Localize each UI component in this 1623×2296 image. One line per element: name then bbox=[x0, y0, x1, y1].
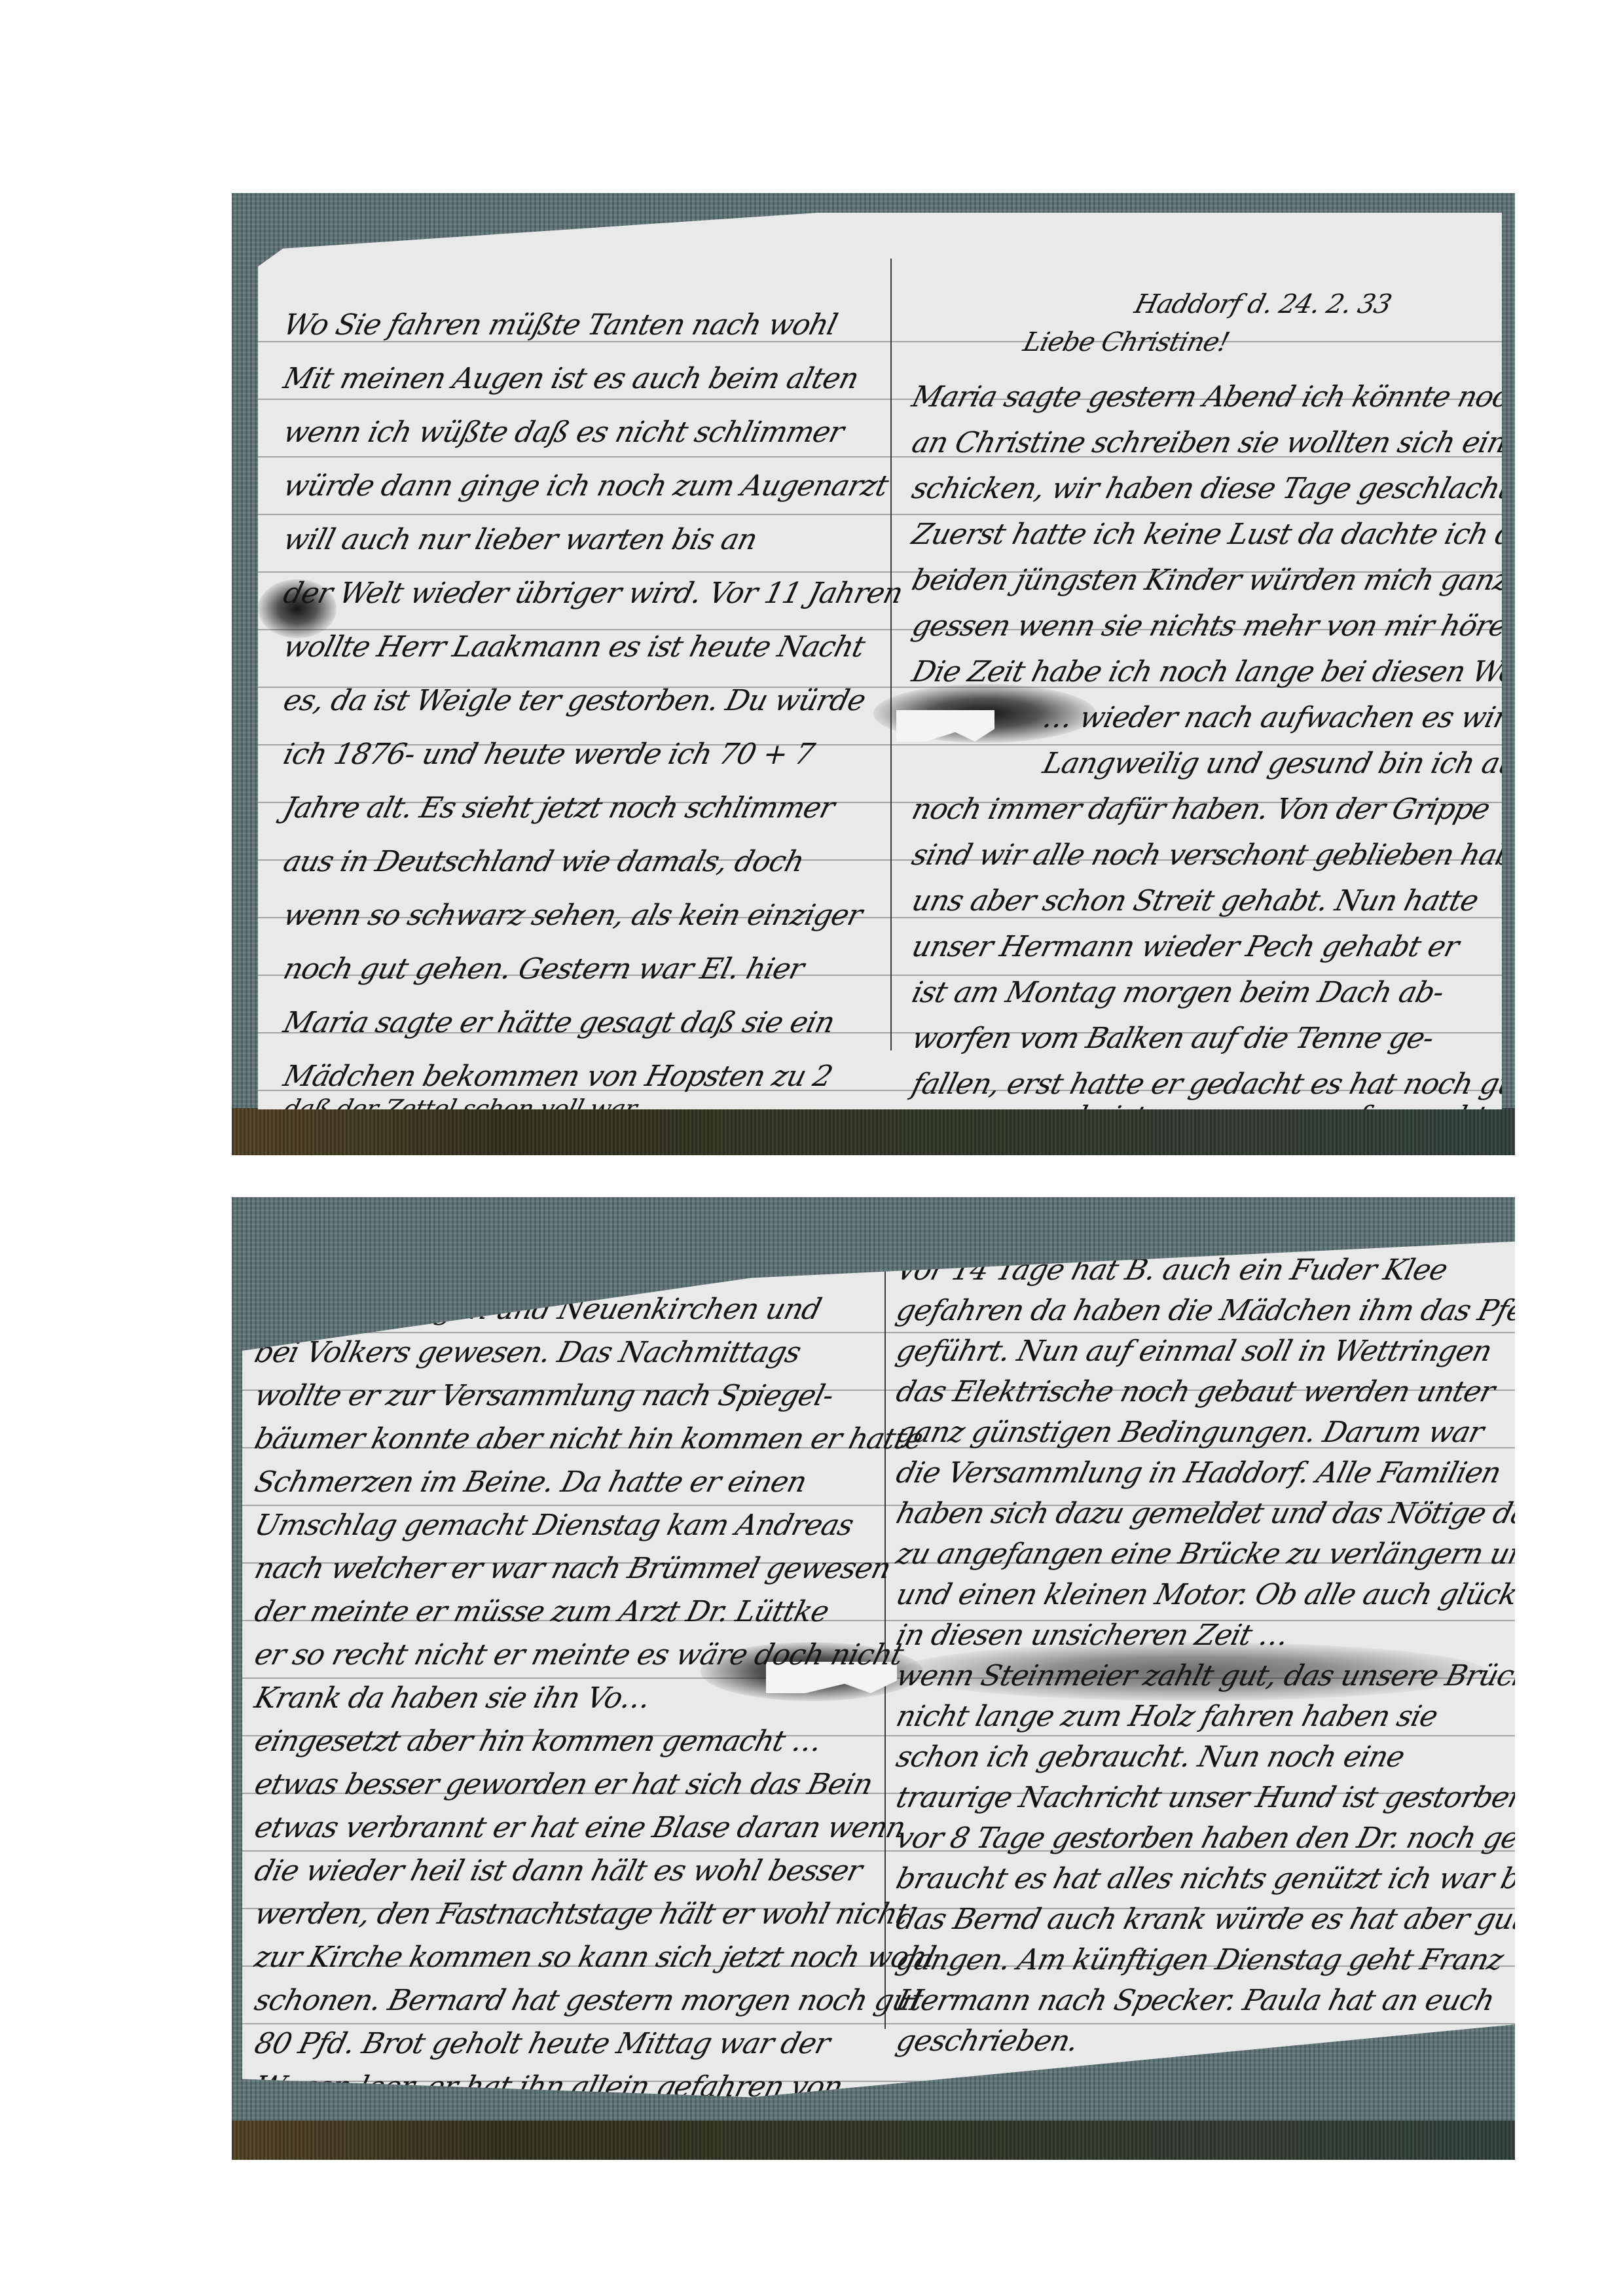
text-line: würde dann ginge ich noch zum Augenarzt bbox=[281, 472, 891, 501]
text-line: Maria sagte er hätte gesagt daß sie ein bbox=[281, 1009, 837, 1037]
text-line: Hermann nach Specker. Paula hat an euch bbox=[894, 1986, 1497, 2015]
text-line: bäumer konnte aber nicht hin kommen er h… bbox=[252, 1425, 926, 1454]
text-line: noch gut gehen. Gestern war El. hier bbox=[281, 955, 807, 984]
text-line: geschrieben. bbox=[894, 2027, 1081, 2056]
salutation: Liebe Christine! bbox=[1021, 329, 1231, 355]
text-line: Wagen leer, er hat ihn allein gefahren v… bbox=[252, 2073, 845, 2102]
letter-photo-1: Wo Sie fahren müßte Tanten nach wohl Mit… bbox=[232, 193, 1515, 1155]
text-line: werden, den Fastnachtstage hält er wohl … bbox=[252, 1900, 911, 1929]
text-line: eingesetzt aber hin kommen gemacht … bbox=[252, 1727, 825, 1756]
text-line: schonen. Bernard hat gestern morgen noch… bbox=[252, 1986, 926, 2015]
text-line: der Welt wieder übriger wird. Vor 11 Jah… bbox=[281, 579, 905, 608]
text-line: wenn Steinmeier zahlt gut, das unsere Br… bbox=[894, 1662, 1515, 1691]
text-line: er so recht nicht er meinte es wäre doch… bbox=[252, 1641, 906, 1670]
text-line: schicken, wir haben diese Tage geschlach… bbox=[909, 475, 1515, 503]
text-line: Vor 14 Tage hat B. auch ein Fuder Klee bbox=[894, 1256, 1450, 1285]
text-line: in diesen unsicheren Zeit … bbox=[894, 1621, 1292, 1650]
text-line: nach Wettringen und Neuenkirchen und bbox=[252, 1295, 824, 1324]
text-line: Mit meinen Augen ist es auch beim alten bbox=[281, 365, 862, 393]
text-line: haben sich dazu gemeldet und das Nötige … bbox=[894, 1499, 1515, 1528]
text-line: die Versammlung in Haddorf. Alle Familie… bbox=[894, 1459, 1504, 1488]
text-line: worfen vom Balken auf die Tenne ge- bbox=[909, 1024, 1436, 1053]
text-line: fallen, erst hatte er gedacht es hat noc… bbox=[909, 1070, 1515, 1099]
text-line: etwas verbrannt er hat eine Blase daran … bbox=[252, 1814, 908, 1842]
text-line: an Christine schreiben sie wollten sich … bbox=[909, 429, 1515, 457]
text-line: gessen wenn sie nichts mehr von mir höre… bbox=[909, 612, 1515, 641]
text-line: Langweilig und gesund bin ich auch bbox=[1040, 749, 1515, 778]
letter-sheet: nach Wettringen und Neuenkirchen und bei… bbox=[242, 1223, 1515, 2134]
text-line: das Elektrische noch gebaut werden unter bbox=[894, 1378, 1497, 1407]
fabric-background bbox=[232, 2121, 1515, 2160]
letter-photo-2: nach Wettringen und Neuenkirchen und bei… bbox=[232, 1197, 1515, 2160]
text-line: wenn ich wüßte daß es nicht schlimmer bbox=[281, 418, 847, 447]
text-line: wollte Herr Laakmann es ist heute Nacht bbox=[281, 633, 867, 662]
text-line: etwas besser geworden er hat sich das Be… bbox=[252, 1770, 875, 1799]
text-line: zur Kirche kommen so kann sich jetzt noc… bbox=[252, 1943, 938, 1972]
text-line: Krank da haben sie ihn Vo… bbox=[252, 1684, 653, 1713]
text-line: das Bernd auch krank würde es hat aber g… bbox=[894, 1905, 1515, 1934]
text-line: Umschlag gemacht Dienstag kam Andreas bbox=[252, 1511, 856, 1540]
text-line: Die Zeit habe ich noch lange bei diesen … bbox=[909, 658, 1515, 687]
text-line: die wieder heil ist dann hält es wohl be… bbox=[252, 1857, 865, 1886]
text-line: will auch nur lieber warten bis an bbox=[281, 526, 760, 554]
text-line: uns aber schon Streit gehabt. Nun hatte bbox=[909, 887, 1481, 916]
text-line: nach welcher er war nach Brümmel gewesen bbox=[252, 1554, 894, 1583]
text-line: geführt. Nun auf einmal soll in Wettring… bbox=[894, 1337, 1495, 1366]
text-line: gangen. Am künftigen Dienstag geht Franz bbox=[894, 1946, 1506, 1975]
text-line: wollte er zur Versammlung nach Spiegel- bbox=[252, 1382, 837, 1410]
fabric-background bbox=[232, 1108, 1515, 1155]
text-line: ganz günstigen Bedingungen. Darum war bbox=[894, 1418, 1486, 1447]
text-line: zu angefangen eine Brücke zu verlängern … bbox=[894, 1540, 1515, 1569]
text-line: bei Volkers gewesen. Das Nachmittags bbox=[252, 1338, 804, 1367]
text-line: Schmerzen im Beine. Da hatte er einen bbox=[252, 1468, 809, 1497]
text-line: vor 8 Tage gestorben haben den Dr. noch … bbox=[894, 1824, 1515, 1853]
dateline: Haddorf d. 24. 2. 33 bbox=[1132, 291, 1394, 317]
text-line: wenn so schwarz sehen, als kein einziger bbox=[281, 901, 865, 930]
text-line: Mädchen bekommen von Hopsten zu 2 bbox=[281, 1062, 835, 1091]
text-line: sind wir alle noch verschont geblieben h… bbox=[909, 841, 1515, 870]
text-line: braucht es hat alles nichts genützt ich … bbox=[894, 1865, 1515, 1893]
text-line: gefahren da haben die Mädchen ihm das Pf… bbox=[894, 1297, 1515, 1325]
text-line: ich 1876- und heute werde ich 70 + 7 bbox=[281, 740, 817, 769]
text-line: ist am Montag morgen beim Dach ab- bbox=[909, 978, 1447, 1007]
text-line: noch immer dafür haben. Von der Grippe bbox=[909, 795, 1493, 824]
text-line: Wo Sie fahren müßte Tanten nach wohl bbox=[281, 311, 840, 340]
text-line: 80 Pfd. Brot geholt heute Mittag war der bbox=[252, 2030, 833, 2058]
text-line: schon ich gebraucht. Nun noch eine bbox=[894, 1743, 1407, 1772]
text-line: Zuerst hatte ich keine Lust da dachte ic… bbox=[909, 520, 1515, 549]
text-line: der meinte er müsse zum Arzt Dr. Lüttke bbox=[252, 1598, 831, 1626]
text-line: … wieder nach aufwachen es wird bbox=[1040, 704, 1515, 732]
letter-sheet: Wo Sie fahren müßte Tanten nach wohl Mit… bbox=[258, 213, 1502, 1109]
text-line: Jahre alt. Es sieht jetzt noch schlimmer bbox=[281, 794, 837, 823]
text-line: beiden jüngsten Kinder würden mich ganz … bbox=[909, 566, 1515, 595]
text-line: traurige Nachricht unser Hund ist gestor… bbox=[894, 1784, 1515, 1812]
text-line: und einen kleinen Motor. Ob alle auch gl… bbox=[894, 1581, 1515, 1609]
text-line: Maria sagte gestern Abend ich könnte noc… bbox=[909, 383, 1515, 412]
text-line: unser Hermann wieder Pech gehabt er bbox=[909, 933, 1462, 961]
text-line: aus in Deutschland wie damals, doch bbox=[281, 848, 807, 876]
text-line: nicht lange zum Holz fahren haben sie bbox=[894, 1702, 1440, 1731]
page-fold-divider bbox=[890, 259, 892, 1050]
text-line: es, da ist Weigle ter gestorben. Du würd… bbox=[281, 687, 868, 715]
